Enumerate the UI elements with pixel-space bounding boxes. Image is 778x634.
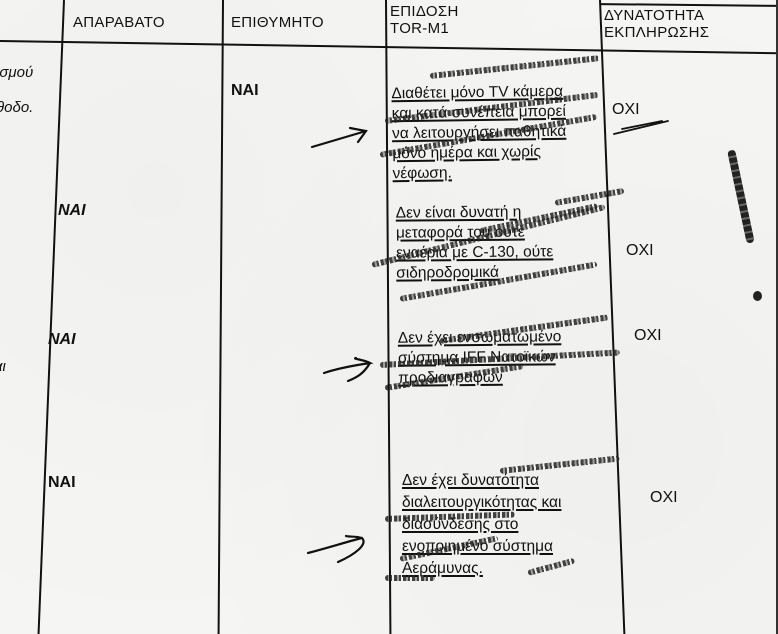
row2-fulfillment: ΟΧΙ — [626, 242, 654, 260]
row4-fulfillment: ΟΧΙ — [650, 489, 678, 507]
arrow-icon — [306, 528, 366, 563]
row1-performance: Διαθέτει μόνο TV κάμερα και κατά συνέπει… — [391, 82, 567, 184]
header-performance-line1: ΕΠΙΔΟΣΗ — [390, 3, 459, 20]
margin-mark — [727, 149, 755, 244]
header-performance-line2: TOR-M1 — [390, 20, 449, 37]
left-fragment-2: θοδο. — [0, 99, 33, 116]
marker-stroke — [554, 188, 624, 206]
column-divider-1 — [37, 0, 65, 634]
left-fragment-3: αι — [0, 358, 6, 375]
marker-stroke — [430, 55, 600, 79]
arrow-icon — [322, 355, 372, 385]
row3-required: ΝΑΙ — [48, 331, 76, 349]
header-bottom-line — [0, 40, 778, 54]
header-desired: ΕΠΙΘΥΜΗΤΟ — [231, 14, 324, 31]
row1-desired: ΝΑΙ — [231, 82, 259, 100]
left-fragment-1: ισμού — [0, 64, 33, 81]
row1-performance-line5: νέφωση. — [392, 162, 567, 184]
row4-required: ΝΑΙ — [48, 474, 76, 492]
scanned-document-page: ΑΠΑΡΑΒΑΤΟ ΕΠΙΘΥΜΗΤΟ ΕΠΙΔΟΣΗ TOR-M1 ΔΥΝΑΤ… — [0, 0, 778, 634]
marker-stroke — [385, 575, 435, 581]
header-fulfillment-line2: ΕΚΠΛΗΡΩΣΗΣ — [604, 24, 709, 41]
ink-dot — [753, 291, 762, 301]
row4-performance: Δεν έχει δυνατότητα διαλειτουργικότητας … — [402, 470, 561, 580]
arrow-icon — [310, 125, 370, 150]
row4-performance-line1: Δεν έχει δυνατότητα — [402, 470, 561, 492]
header-fulfillment-line1: ΔΥΝΑΤΟΤΗΤΑ — [604, 7, 704, 24]
row2-required: ΝΑΙ — [58, 202, 86, 220]
arrow-icon — [612, 118, 672, 138]
row3-fulfillment: ΟΧΙ — [634, 327, 662, 345]
column-divider-2 — [218, 0, 224, 634]
row4-performance-line2: διαλειτουργικότητας και — [402, 492, 561, 514]
row1-fulfillment: ΟΧΙ — [612, 101, 640, 119]
row2-performance: Δεν είναι δυνατή η μεταφορά του ούτε ενα… — [396, 202, 554, 283]
header-required: ΑΠΑΡΑΒΑΤΟ — [73, 14, 165, 31]
